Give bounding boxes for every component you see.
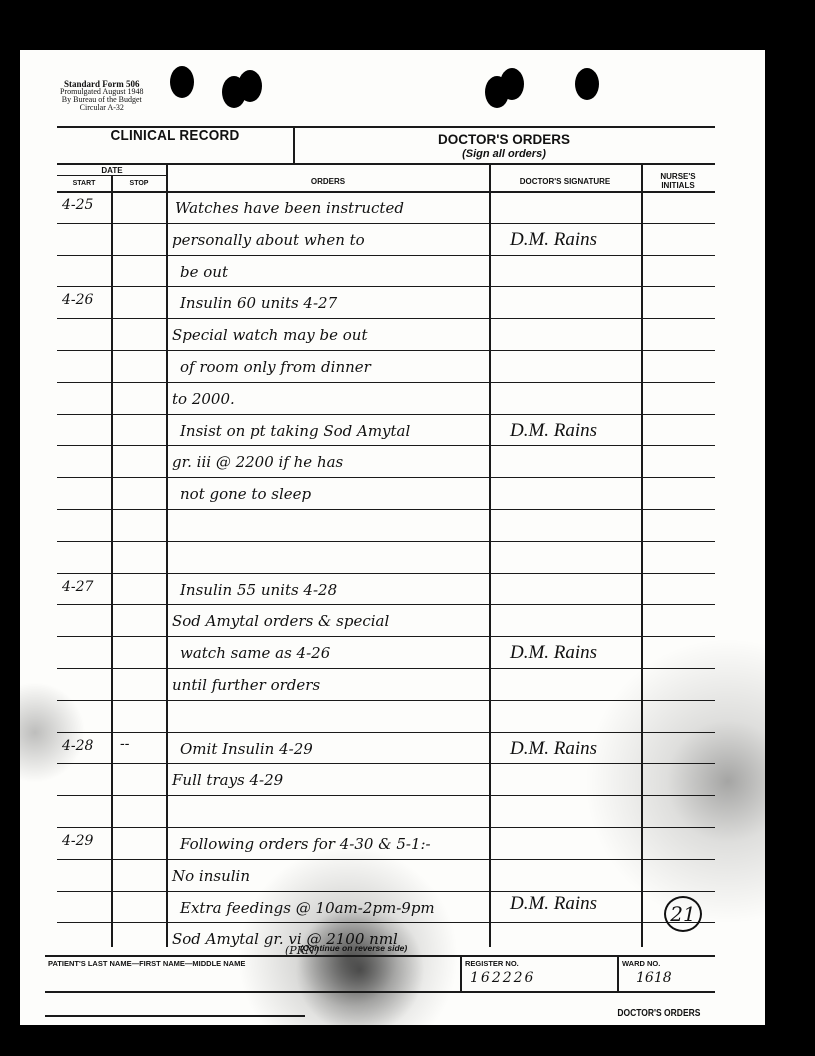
ward-divider <box>617 956 619 992</box>
continued-note: (Continue on reverse side) <box>300 943 407 953</box>
patient-name-label: PATIENT'S LAST NAME—FIRST NAME—MIDDLE NA… <box>48 959 245 968</box>
order-line: Special watch may be out <box>172 326 367 344</box>
row-rule <box>57 541 715 542</box>
punch-hole-icon <box>575 68 599 100</box>
footer-mid-rule <box>45 991 715 993</box>
order-line: Following orders for 4-30 & 5-1:- <box>180 835 431 853</box>
date-orders-divider <box>166 163 168 947</box>
row-rule <box>57 827 715 828</box>
row-rule <box>57 636 715 637</box>
order-line: Insulin 60 units 4-27 <box>180 294 337 312</box>
row-rule <box>57 859 715 860</box>
row-rule <box>57 732 715 733</box>
doctor-signature: D.M. Rains <box>510 738 597 760</box>
row-rule <box>57 477 715 478</box>
clinical-record-title: CLINICAL RECORD <box>69 127 281 144</box>
row-rule <box>57 350 715 351</box>
start-stop-divider <box>111 175 113 947</box>
order-line: be out <box>180 263 228 281</box>
entry-start-date: 4-29 <box>62 833 93 849</box>
title-bottom-rule <box>57 163 715 165</box>
doctor-signature: D.M. Rains <box>510 420 597 442</box>
doctor-signature: D.M. Rains <box>510 229 597 251</box>
register-number: 162226 <box>470 970 535 986</box>
row-rule <box>57 700 715 701</box>
order-line: Full trays 4-29 <box>172 771 283 789</box>
punch-hole-icon <box>238 70 262 102</box>
page-number-circle: 21 <box>664 896 702 932</box>
row-rule <box>57 604 715 605</box>
row-rule <box>57 318 715 319</box>
order-line: gr. iii @ 2200 if he has <box>172 453 343 471</box>
entry-stop-date: -- <box>120 736 129 752</box>
order-line: to 2000. <box>172 390 235 408</box>
col-date: DATE <box>57 166 167 175</box>
row-rule <box>57 573 715 574</box>
order-line: of room only from dinner <box>180 358 371 376</box>
row-rule <box>57 509 715 510</box>
header-bottom-rule <box>57 191 715 193</box>
register-label: REGISTER NO. <box>465 959 519 968</box>
form-identifier: Standard Form 506 Promulgated August 194… <box>60 80 144 112</box>
doctors-orders-title: DOCTOR'S ORDERS <box>294 132 714 147</box>
orders-signature-divider <box>489 163 491 947</box>
doctor-signature: D.M. Rains <box>510 893 597 915</box>
row-rule <box>57 795 715 796</box>
order-line: No insulin <box>172 867 250 885</box>
doctor-signature: D.M. Rains <box>510 642 597 664</box>
footer-bottom-rule <box>45 1015 305 1017</box>
order-line: Watches have been instructed <box>175 199 404 217</box>
col-doctor-signature: DOCTOR'S SIGNATURE <box>490 177 640 186</box>
entry-start-date: 4-28 <box>62 738 93 754</box>
row-rule <box>57 445 715 446</box>
order-line: until further orders <box>172 676 320 694</box>
row-rule <box>57 763 715 764</box>
col-start: START <box>57 180 111 187</box>
footer-top-rule <box>45 955 715 957</box>
order-line: watch same as 4-26 <box>180 644 330 662</box>
punch-hole-icon <box>170 66 194 98</box>
row-rule <box>57 286 715 287</box>
col-orders: ORDERS <box>167 177 489 186</box>
punch-hole-icon <box>500 68 524 100</box>
order-line: Insulin 55 units 4-28 <box>180 581 337 599</box>
row-rule <box>57 668 715 669</box>
row-rule <box>57 891 715 892</box>
order-line: Omit Insulin 4-29 <box>180 740 313 758</box>
row-rule <box>57 223 715 224</box>
col-nurse-initials: NURSE'S INITIALS <box>642 172 714 190</box>
entry-start-date: 4-25 <box>62 197 93 213</box>
row-rule <box>57 382 715 383</box>
order-line: Insist on pt taking Sod Amytal <box>180 422 410 440</box>
ward-label: WARD NO. <box>622 959 660 968</box>
entry-start-date: 4-27 <box>62 579 93 595</box>
order-line: Sod Amytal orders & special <box>172 612 389 630</box>
order-line: personally about when to <box>172 231 365 249</box>
row-rule <box>57 414 715 415</box>
signature-initials-divider <box>641 163 643 947</box>
footer-form-title: DOCTOR'S ORDERS <box>617 1008 700 1019</box>
col-stop: STOP <box>112 180 166 187</box>
scan-smudge <box>295 905 425 1035</box>
entry-start-date: 4-26 <box>62 292 93 308</box>
scan-noise <box>20 50 765 1025</box>
clinical-record-page: Standard Form 506 Promulgated August 194… <box>20 50 765 1025</box>
ward-number: 1618 <box>636 970 672 986</box>
row-rule <box>57 255 715 256</box>
order-line: not gone to sleep <box>180 485 311 503</box>
sign-all-orders-note: (Sign all orders) <box>294 148 714 160</box>
register-divider <box>460 956 462 992</box>
